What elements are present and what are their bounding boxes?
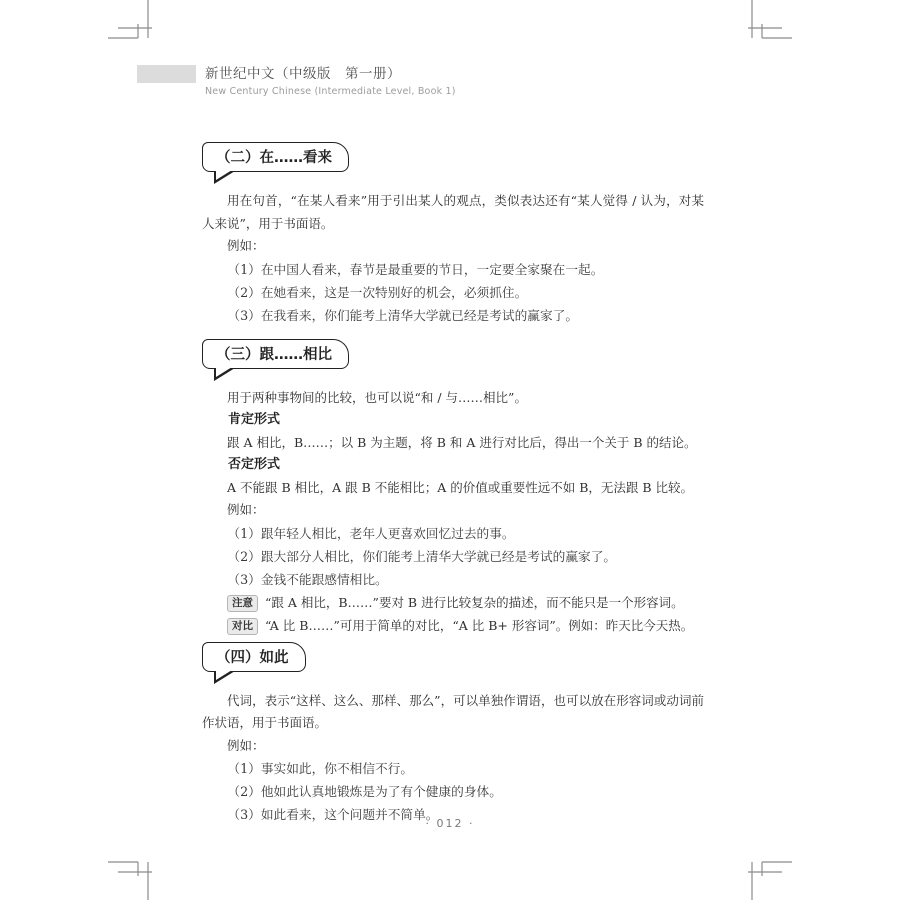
negative-form-text: A 不能跟 B 相比，A 跟 B 不能相比；A 的价值或重要性远不如 B，无法跟… xyxy=(202,477,704,500)
section-heading-bubble: （四）如此 xyxy=(202,642,306,672)
bubble-row: （四）如此 xyxy=(202,642,704,672)
crop-mark-top-right-icon xyxy=(748,0,792,38)
section-paragraph: 代词，表示“这样、这么、那样、那么”，可以单独作谓语，也可以放在形容词或动词前作… xyxy=(202,690,704,735)
page-content: （二）在……看来 用在句首，“在某人看来”用于引出某人的观点，类似表达还有“某人… xyxy=(202,142,704,826)
section-heading: （二）在……看来 xyxy=(216,150,332,166)
example-sentence: （3）在我看来，你们能考上清华大学就已经是考试的赢家了。 xyxy=(202,304,704,327)
textbook-page: 新世纪中文（中级版 第一册） New Century Chinese (Inte… xyxy=(0,0,900,900)
example-sentence: （1）在中国人看来，春节是最重要的节日，一定要全家聚在一起。 xyxy=(202,258,704,281)
section-gen-xiangbi: （三）跟……相比 用于两种事物间的比较，也可以说“和 / 与……相比”。 肯定形… xyxy=(202,339,704,637)
section-ruci: （四）如此 代词，表示“这样、这么、那样、那么”，可以单独作谓语，也可以放在形容… xyxy=(202,642,704,827)
examples-label: 例如： xyxy=(202,499,704,522)
bubble-row: （三）跟……相比 xyxy=(202,339,704,369)
example-sentence: （3）金钱不能跟感情相比。 xyxy=(202,568,704,591)
example-sentence: （2）他如此认真地锻炼是为了有个健康的身体。 xyxy=(202,780,704,803)
affirmative-form-label: 肯定形式 xyxy=(202,409,704,432)
section-heading: （三）跟……相比 xyxy=(216,347,332,363)
note-line: 注意“跟 A 相比，B……”要对 B 进行比较复杂的描述，而不能只是一个形容词。 xyxy=(202,591,704,614)
book-title-english: New Century Chinese (Intermediate Level,… xyxy=(205,86,456,97)
negative-form-label: 否定形式 xyxy=(202,454,704,477)
crop-mark-bottom-left-icon xyxy=(108,862,152,900)
examples-label: 例如： xyxy=(202,735,704,758)
page-header: 新世纪中文（中级版 第一册） New Century Chinese (Inte… xyxy=(137,62,456,97)
crop-mark-top-left-icon xyxy=(108,0,152,38)
book-title-chinese: 新世纪中文（中级版 第一册） xyxy=(205,62,456,82)
note-text: “跟 A 相比，B……”要对 B 进行比较复杂的描述，而不能只是一个形容词。 xyxy=(265,595,684,610)
note-badge: 注意 xyxy=(227,595,258,612)
crop-mark-bottom-right-icon xyxy=(748,862,792,900)
example-sentence: （2）在她看来，这是一次特别好的机会，必须抓住。 xyxy=(202,281,704,304)
contrast-badge: 对比 xyxy=(227,618,258,635)
section-paragraph: 用在句首，“在某人看来”用于引出某人的观点，类似表达还有“某人觉得 / 认为，对… xyxy=(202,190,704,235)
examples-label: 例如： xyxy=(202,235,704,258)
affirmative-form-text: 跟 A 相比，B……；以 B 为主题，将 B 和 A 进行对比后，得出一个关于 … xyxy=(202,432,704,455)
section-heading: （四）如此 xyxy=(216,650,289,666)
contrast-text: “A 比 B……”可用于简单的对比，“A 比 B+ 形容词”。例如：昨天比今天热… xyxy=(265,618,693,633)
section-zai-kanlai: （二）在……看来 用在句首，“在某人看来”用于引出某人的观点，类似表达还有“某人… xyxy=(202,142,704,327)
example-sentence: （1）跟年轻人相比，老年人更喜欢回忆过去的事。 xyxy=(202,522,704,545)
contrast-line: 对比“A 比 B……”可用于简单的对比，“A 比 B+ 形容词”。例如：昨天比今… xyxy=(202,614,704,637)
example-sentence: （1）事实如此，你不相信不行。 xyxy=(202,757,704,780)
bubble-row: （二）在……看来 xyxy=(202,142,704,172)
page-number: · 012 · xyxy=(0,817,900,830)
example-sentence: （2）跟大部分人相比，你们能考上清华大学就已经是考试的赢家了。 xyxy=(202,545,704,568)
section-heading-bubble: （三）跟……相比 xyxy=(202,339,349,369)
section-heading-bubble: （二）在……看来 xyxy=(202,142,349,172)
header-accent-bar xyxy=(137,65,196,83)
section-paragraph: 用于两种事物间的比较，也可以说“和 / 与……相比”。 xyxy=(202,387,704,410)
